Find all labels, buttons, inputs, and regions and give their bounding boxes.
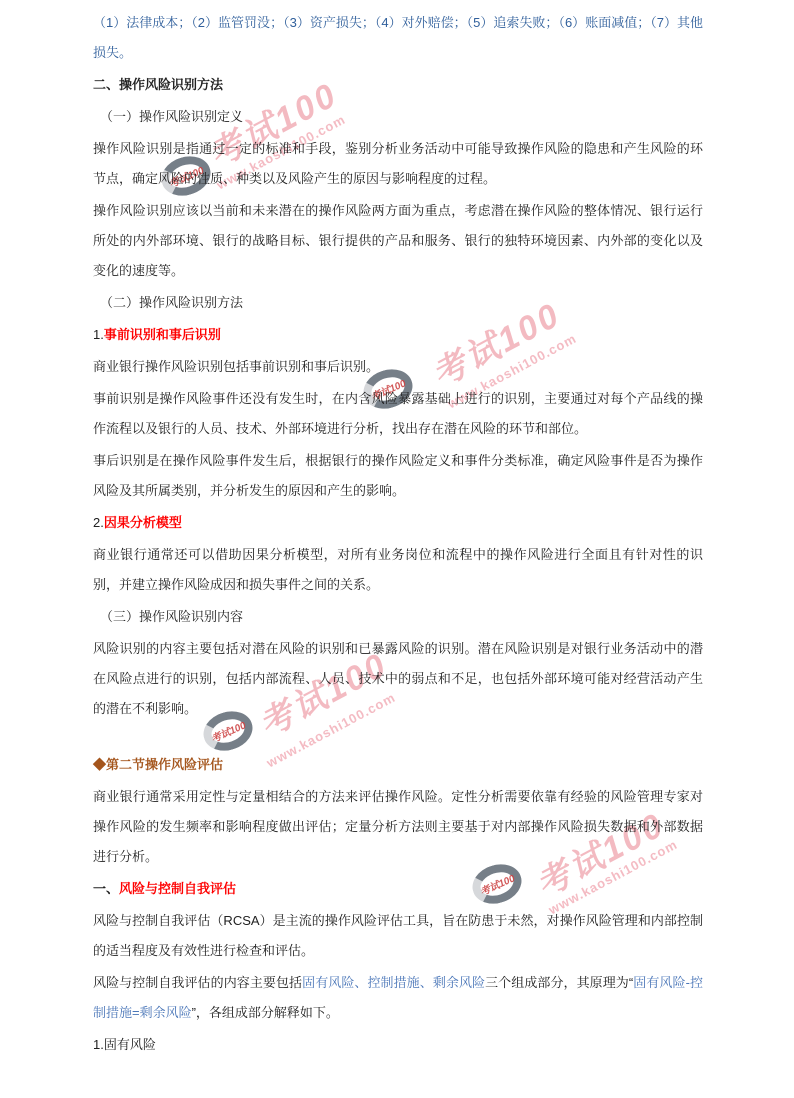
sub-heading-definition: （一）操作风险识别定义: [93, 102, 703, 132]
heading-title: 事前识别和事后识别: [104, 327, 221, 342]
paragraph-post-identify: 事后识别是在操作风险事件发生后，根据银行的操作风险定义和事件分类标准，确定风险事…: [93, 446, 703, 506]
document-content: （1）法律成本；（2）监管罚没；（3）资产损失；（4）对外赔偿；（5）追索失败；…: [93, 8, 703, 1062]
heading-title: 风险与控制自我评估: [119, 881, 236, 896]
blank-line: [93, 726, 703, 750]
heading-number: 1.: [93, 327, 104, 342]
paragraph-rcsa-components: 风险与控制自我评估的内容主要包括固有风险、控制措施、剩余风险三个组成部分，其原理…: [93, 968, 703, 1028]
heading-section-methods: 二、操作风险识别方法: [93, 70, 703, 100]
section2-title: 第二节操作风险评估: [106, 757, 223, 772]
heading-title: 因果分析模型: [104, 515, 182, 530]
run-text: ”，各组成部分解释如下。: [192, 1005, 339, 1020]
red-heading-causal-model: 2.因果分析模型: [93, 508, 703, 538]
sub-heading-content: （三）操作风险识别内容: [93, 602, 703, 632]
paragraph-evaluation-intro: 商业银行通常采用定性与定量相结合的方法来评估操作风险。定性分析需要依靠有经验的风…: [93, 782, 703, 872]
sub-heading-methods: （二）操作风险识别方法: [93, 288, 703, 318]
run-text: 三个组成部分，其原理为“: [485, 975, 633, 990]
diamond-bullet-icon: ◆: [93, 757, 106, 772]
paragraph-rcsa-definition: 风险与控制自我评估（RCSA）是主流的操作风险评估工具，旨在防患于未然，对操作风…: [93, 906, 703, 966]
run-text: 风险与控制自我评估的内容主要包括: [93, 975, 302, 990]
red-heading-rcsa: 一、风险与控制自我评估: [93, 874, 703, 904]
loss-type-list: （1）法律成本；（2）监管罚没；（3）资产损失；（4）对外赔偿；（5）追索失败；…: [93, 8, 703, 68]
paragraph-pre-identify: 事前识别是操作风险事件还没有发生时，在内含风险暴露基础上进行的识别，主要通过对每…: [93, 384, 703, 444]
document-page: 考试100 www.kaoshi100.com 考试100 考试100 www.…: [0, 0, 794, 1098]
paragraph-includes: 商业银行操作风险识别包括事前识别和事后识别。: [93, 352, 703, 382]
run-highlight: 固有风险、控制措施、剩余风险: [302, 975, 485, 990]
paragraph-focus: 操作风险识别应该以当前和未来潜在的操作风险两方面为重点，考虑潜在操作风险的整体情…: [93, 196, 703, 286]
paragraph-identify-content: 风险识别的内容主要包括对潜在风险的识别和已暴露风险的识别。潜在风险识别是对银行业…: [93, 634, 703, 724]
sub-heading-inherent-risk: 1.固有风险: [93, 1030, 703, 1060]
section2-heading: ◆第二节操作风险评估: [93, 750, 703, 780]
heading-number: 一、: [93, 881, 119, 896]
paragraph-causal-model: 商业银行通常还可以借助因果分析模型，对所有业务岗位和流程中的操作风险进行全面且有…: [93, 540, 703, 600]
heading-number: 2.: [93, 515, 104, 530]
paragraph-definition: 操作风险识别是指通过一定的标准和手段，鉴别分析业务活动中可能导致操作风险的隐患和…: [93, 134, 703, 194]
red-heading-pre-post: 1.事前识别和事后识别: [93, 320, 703, 350]
